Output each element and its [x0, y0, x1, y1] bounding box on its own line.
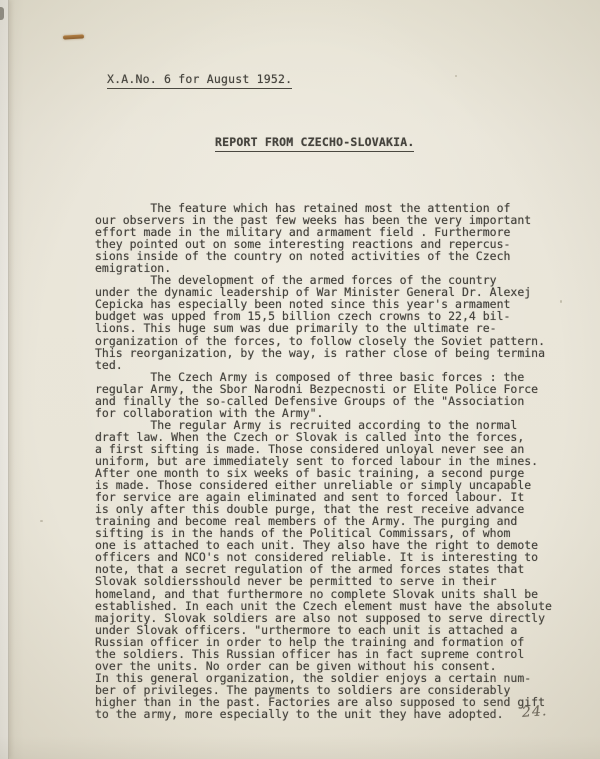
paper-speck: [560, 300, 562, 303]
paper-speck: [455, 75, 457, 77]
scan-edge-strip: [0, 0, 9, 759]
document-reference-line: X.A.No. 6 for August 1952.: [107, 72, 292, 89]
document-body-text: The feature which has retained most the …: [95, 202, 575, 720]
handwritten-page-number: 24.: [521, 703, 547, 721]
document-title: REPORT FROM CZECHO-SLOVAKIA.: [215, 135, 414, 152]
staple-rust-stain: [63, 34, 84, 39]
scanned-document-page: X.A.No. 6 for August 1952. REPORT FROM C…: [0, 0, 600, 759]
paper-speck: [40, 520, 43, 522]
scan-edge-mark: [0, 7, 4, 20]
